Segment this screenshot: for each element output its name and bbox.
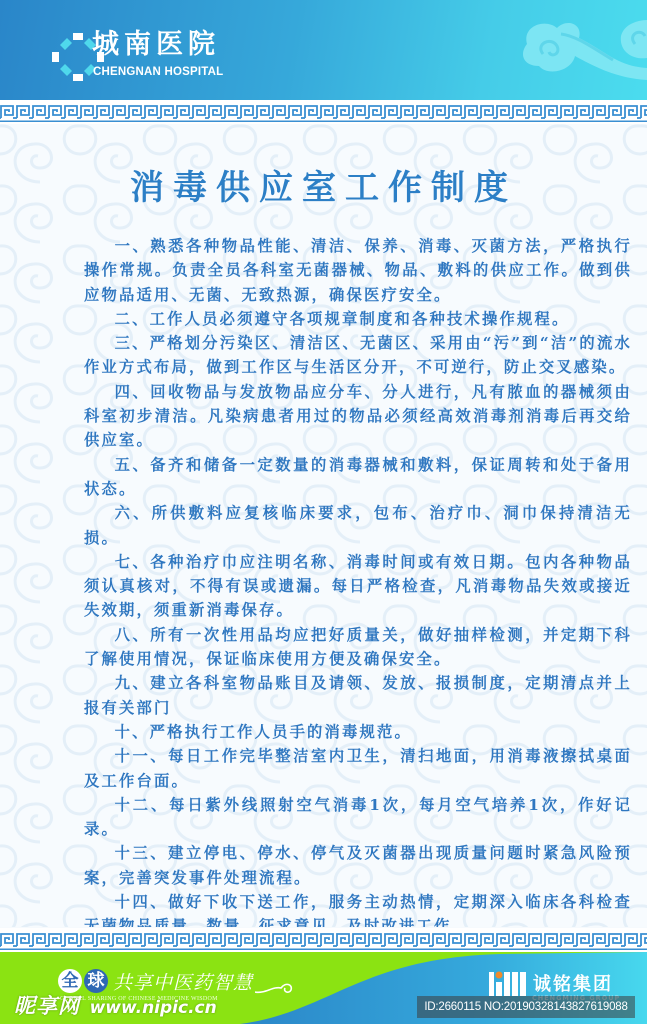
document-body: 消毒供应室工作制度 一、熟悉各种物品性能、清洁、保养、消毒、灭菌方法，严格执行操… [0,124,647,927]
image-id-strip: ID:2660115 NO:20190328143827619088 [417,996,635,1018]
greek-key-border-top [0,100,647,124]
rule-item: 五、备齐和储备一定数量的消毒器械和敷料，保证周转和处于备用状态。 [84,453,632,502]
watermark-url: www.nipic.cn [90,998,217,1018]
rule-item: 八、所有一次性用品均应把好质量关，做好抽样检测，并定期下科了解使用情况，保证临床… [84,623,632,672]
hospital-name-cn: 城南医院 [92,28,220,62]
nipic-watermark: 昵享网 www.nipic.cn [14,990,217,1020]
hospital-header: 城南医院 CHENGNAN HOSPITAL [0,0,647,100]
rules-list: 一、熟悉各种物品性能、清洁、保养、消毒、灭菌方法，严格执行操作常规。负责全员各科… [84,234,632,927]
rule-item: 四、回收物品与发放物品应分车、分人进行，凡有脓血的器械须由科室初步清洁。凡染病患… [84,380,632,453]
group-logo: 诚铭集团 [489,970,613,996]
document-title: 消毒供应室工作制度 [0,160,647,209]
rule-item: 十、严格执行工作人员手的消毒规范。 [84,720,632,744]
greek-key-border-bottom [0,928,647,952]
rule-item: 二、工作人员必须遵守各项规章制度和各种技术操作规程。 [84,307,632,331]
auspicious-cloud-icon [517,14,647,84]
watermark-cn: 昵享网 [14,994,80,1018]
rule-item: 六、所供敷料应复核临床要求，包布、治疗巾、洞巾保持清洁无损。 [84,501,632,550]
hospital-name-en: CHENGNAN HOSPITAL [93,66,223,78]
footer-banner: 全 球 共享中医药智慧 GLOBAL SHARING OF CHINESE ME… [0,952,647,1024]
rule-item: 十四、做好下收下送工作，服务主动热情，定期深入临床各科检查无菌物品质量、数量、征… [84,890,632,927]
rule-item: 十二、每日紫外线照射空气消毒1次，每月空气培养1次，作好记录。 [84,793,632,842]
rule-item: 三、严格划分污染区、清洁区、无菌区、采用由“污”到“洁”的流水作业方式布局，做到… [84,331,632,380]
rule-item: 十一、每日工作完毕整洁室内卫生，清扫地面，用消毒液擦拭桌面及工作台面。 [84,744,632,793]
rule-item: 七、各种治疗巾应注明名称、消毒时间或有效日期。包内各种物品须认真核对，不得有误或… [84,550,632,623]
rule-item: 九、建立各科室物品账目及请领、发放、报损制度，定期清点并上报有关部门 [84,671,632,720]
cloud-flourish-icon [255,978,295,998]
rule-item: 十三、建立停电、停水、停气及灭菌器出现质量问题时紧急风险预案，完善突发事件处理流… [84,841,632,890]
rule-item: 一、熟悉各种物品性能、清洁、保养、消毒、灭菌方法，严格执行操作常规。负责全员各科… [84,234,632,307]
chengming-logo-icon [489,970,527,996]
group-name: 诚铭集团 [533,970,613,996]
